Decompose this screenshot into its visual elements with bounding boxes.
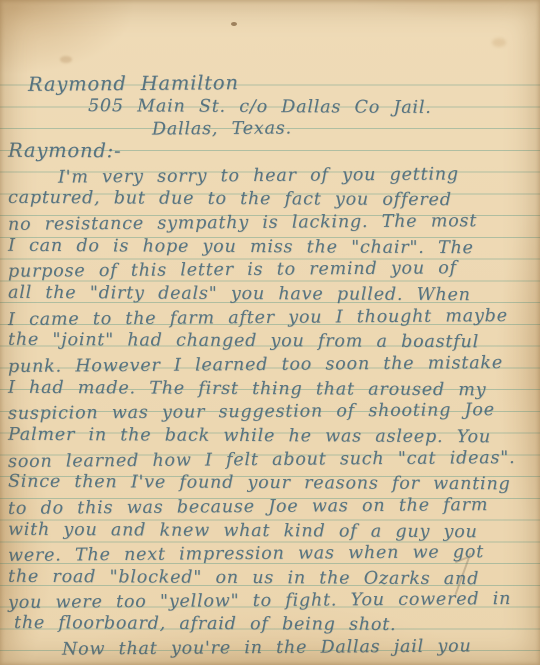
letter-line: I had made. The first thing that aroused… <box>8 380 486 400</box>
letter-line: no resistance sympathy is lacking. The m… <box>8 213 477 234</box>
letter-scan: Raymond Hamilton 505 Main St. c/o Dallas… <box>0 0 540 665</box>
letter-line: Since then I've found your reasons for w… <box>8 474 511 494</box>
letter-line: punk. However I learned too soon the mis… <box>8 355 503 376</box>
letter-line: the road "blocked" on us in the Ozarks a… <box>8 569 479 589</box>
letter-line: all the "dirty deals" you have pulled. W… <box>8 285 471 305</box>
letter-line: purpose of this letter is to remind you … <box>8 260 457 281</box>
letter-line: I came to the farm after you I thought m… <box>8 308 508 329</box>
ink-speck <box>231 22 237 26</box>
letter-line: I can do is hope you miss the "chair". T… <box>8 238 474 258</box>
letter-line: Palmer in the back while he was asleep. … <box>8 427 491 447</box>
letter-line: the "joint" had changed you from a boast… <box>8 332 479 352</box>
recipient-address: 505 Main St. c/o Dallas Co Jail. <box>88 98 432 117</box>
paper-stain <box>492 38 506 47</box>
letter-line: to do this was because Joe was on the fa… <box>8 497 488 518</box>
recipient-city: Dallas, Texas. <box>152 120 292 139</box>
letter-line: captured, but due to the fact you offere… <box>8 190 452 210</box>
letter-line: Now that you're in the Dallas jail you <box>62 638 472 659</box>
salutation: Raymond:- <box>8 141 122 161</box>
paper-stain <box>60 56 72 63</box>
letter-line: I'm very sorry to hear of you getting <box>58 166 459 187</box>
letter-line: were. The next impression was when we go… <box>8 544 484 565</box>
letter-line: the floorboard, afraid of being shot. <box>14 615 397 635</box>
recipient-name: Raymond Hamilton <box>28 73 239 94</box>
letter-line: soon learned how I felt about such "cat … <box>8 450 516 471</box>
letter-line: suspicion was your suggestion of shootin… <box>8 402 495 423</box>
letter-line: you were too "yellow" to fight. You cowe… <box>8 591 511 612</box>
letter-line: with you and knew what kind of a guy you <box>8 522 478 542</box>
